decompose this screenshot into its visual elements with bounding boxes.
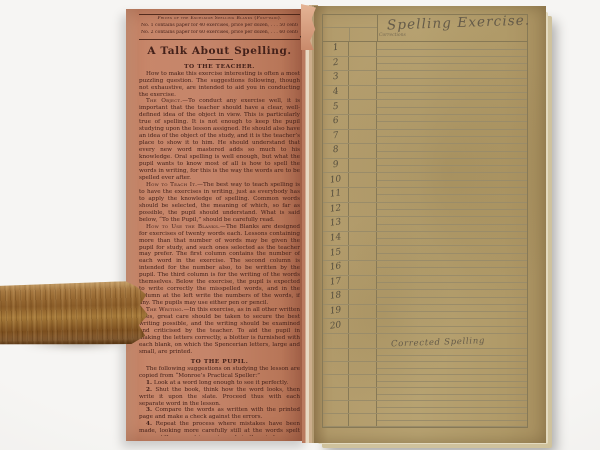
paragraph: How to make this exercise interesting is…	[139, 71, 300, 99]
writing-cell	[377, 401, 527, 413]
pupil-number-cell	[349, 276, 377, 290]
row-number-cell	[323, 414, 349, 426]
row-number-cell: 8	[323, 144, 349, 158]
pupil-number-cell	[349, 203, 377, 217]
exercise-row: 20	[323, 319, 527, 334]
pupil-number-cell	[349, 388, 377, 400]
exercise-row: 1	[323, 42, 527, 57]
writing-cell	[377, 115, 527, 129]
paragraph-lead: How to Teach It.—	[146, 182, 203, 188]
row-number: 17	[329, 277, 342, 288]
row-number-cell	[323, 362, 349, 374]
writing-cell	[377, 130, 527, 144]
row-number: 16	[329, 262, 342, 273]
row-number-cell	[323, 349, 349, 361]
row-number: 4	[332, 88, 339, 98]
pupil-heading: TO THE PUPIL.	[139, 358, 300, 365]
exercise-row: 12	[323, 203, 527, 218]
teacher-heading: TO THE TEACHER.	[139, 63, 300, 70]
notice-line: Prices of the Excelsior Spelling Blanks …	[141, 16, 298, 23]
writing-cell	[377, 362, 527, 374]
right-page: Spelling Exercise. Corrections 123456789…	[314, 6, 546, 443]
pupil-number-cell	[349, 362, 377, 374]
writing-cell	[377, 349, 527, 361]
writing-cell	[377, 414, 527, 426]
pupil-number-cell	[349, 100, 377, 114]
blank-row	[323, 388, 527, 401]
row-number-cell: 14	[323, 232, 349, 246]
row-number: 14	[329, 233, 342, 244]
title-sub-label: Corrections	[379, 33, 406, 38]
blank-row	[323, 414, 527, 427]
exercise-row: 18	[323, 290, 527, 305]
writing-cell	[377, 188, 527, 202]
blank-rows	[323, 349, 527, 427]
writing-cell	[377, 305, 527, 319]
table-cell: Corrected Spelling	[377, 334, 527, 348]
exercise-row: 4	[323, 86, 527, 101]
table-cell	[323, 334, 349, 348]
exercise-row: 15	[323, 246, 527, 261]
corrected-spelling-row: Corrected Spelling	[323, 334, 527, 349]
pupil-number-cell	[349, 319, 377, 333]
writing-cell	[377, 276, 527, 290]
item-number: 3.	[146, 407, 155, 413]
pupil-items: 1. Look at a word long enough to see it …	[139, 380, 300, 436]
paragraph-lead: The Object.—	[146, 98, 188, 104]
row-number: 20	[329, 321, 342, 332]
pupil-number-cell	[349, 217, 377, 231]
header-cell-divider	[323, 27, 377, 28]
item-number: 1.	[146, 380, 154, 386]
writing-cell	[377, 319, 527, 333]
header-left-cells	[323, 15, 378, 41]
row-number-cell: 15	[323, 246, 349, 260]
writing-cell	[377, 246, 527, 260]
pupil-number-cell	[349, 42, 377, 56]
exercise-row: 10	[323, 173, 527, 188]
pupil-number-cell	[349, 375, 377, 387]
writing-cell	[377, 388, 527, 400]
row-number: 13	[329, 219, 342, 230]
row-number-cell	[323, 401, 349, 413]
item-number: 2.	[146, 387, 155, 393]
writing-cell	[377, 217, 527, 231]
row-number-cell: 1	[323, 42, 349, 56]
paragraph-lead: How to Use the Blanks.—	[146, 224, 226, 230]
row-number: 15	[329, 248, 342, 259]
row-number-cell: 3	[323, 71, 349, 85]
pupil-number-cell	[349, 57, 377, 71]
writing-cell	[377, 261, 527, 275]
exercise-row: 14	[323, 232, 527, 247]
row-number-cell: 9	[323, 159, 349, 173]
pupil-number-cell	[349, 188, 377, 202]
row-number: 7	[332, 132, 339, 142]
row-number: 10	[329, 175, 342, 186]
row-number: 3	[332, 73, 339, 83]
row-number: 5	[332, 102, 339, 112]
row-number-cell: 7	[323, 130, 349, 144]
row-number: 2	[332, 59, 339, 69]
pupil-number-cell	[349, 414, 377, 426]
paragraph: The Writing.—In this exercise, as in all…	[139, 307, 300, 356]
blank-row	[323, 349, 527, 362]
row-number: 6	[332, 117, 339, 127]
notice-line: No. 2 contains paper for 60 exercises, p…	[141, 30, 298, 37]
pupil-number-cell	[349, 173, 377, 187]
writing-cell	[377, 71, 527, 85]
row-number-cell: 20	[323, 319, 349, 333]
item-number: 4.	[146, 421, 156, 427]
left-page-content: Prices of the Excelsior Spelling Blanks …	[139, 14, 300, 436]
row-number-cell: 16	[323, 261, 349, 275]
row-number: 8	[332, 146, 339, 156]
pupil-number-cell	[349, 86, 377, 100]
row-number: 19	[329, 306, 342, 317]
pupil-item: 1. Look at a word long enough to see it …	[139, 380, 300, 387]
table-cell	[349, 334, 377, 348]
pupil-number-cell	[349, 290, 377, 304]
exercise-row: 8	[323, 144, 527, 159]
row-number-cell: 13	[323, 217, 349, 231]
row-number-cell: 5	[323, 100, 349, 114]
pupil-number-cell	[349, 130, 377, 144]
row-number-cell: 10	[323, 173, 349, 187]
exercise-row: 7	[323, 130, 527, 145]
exercise-title: Spelling Exercise.	[387, 13, 531, 34]
pupil-number-cell	[349, 401, 377, 413]
pupil-intro: The following suggestions on studying th…	[139, 366, 300, 380]
pupil-number-cell	[349, 349, 377, 361]
exercise-row: 16	[323, 261, 527, 276]
pupil-number-cell	[349, 305, 377, 319]
table-header: Spelling Exercise. Corrections	[323, 15, 527, 42]
row-number-cell: 12	[323, 203, 349, 217]
wooden-stick	[0, 281, 148, 346]
blank-row	[323, 362, 527, 375]
row-number-cell: 11	[323, 188, 349, 202]
paragraph: The Object.—To conduct any exercise well…	[139, 98, 300, 181]
blank-row	[323, 401, 527, 414]
exercise-rows: 1234567891011121314151617181920	[323, 42, 527, 334]
row-number-cell: 18	[323, 290, 349, 304]
pupil-number-cell	[349, 246, 377, 260]
exercise-row: 11	[323, 188, 527, 203]
notice-line: No. 1 contains paper for 40 exercises, p…	[141, 23, 298, 30]
row-number-cell: 4	[323, 86, 349, 100]
left-page: Prices of the Excelsior Spelling Blanks …	[126, 9, 308, 441]
row-number: 1	[332, 44, 339, 54]
row-number: 18	[329, 292, 342, 303]
exercise-row: 6	[323, 115, 527, 130]
row-number-cell: 17	[323, 276, 349, 290]
writing-cell	[377, 203, 527, 217]
header-column-divider	[349, 27, 350, 41]
pupil-item: 4. Repeat the process where mistakes hav…	[139, 421, 300, 436]
pupil-number-cell	[349, 261, 377, 275]
title-divider	[207, 59, 233, 60]
exercise-row: 5	[323, 100, 527, 115]
exercise-table: Spelling Exercise. Corrections 123456789…	[322, 14, 528, 428]
row-number-cell: 2	[323, 57, 349, 71]
notice-box: Prices of the Excelsior Spelling Blanks …	[139, 14, 300, 40]
row-number-cell	[323, 375, 349, 387]
exercise-row: 13	[323, 217, 527, 232]
row-number: 11	[329, 189, 342, 200]
writing-cell	[377, 86, 527, 100]
writing-cell	[377, 100, 527, 114]
pupil-number-cell	[349, 159, 377, 173]
writing-cell	[377, 290, 527, 304]
pupil-number-cell	[349, 144, 377, 158]
pupil-item: 3. Compare the words as written with the…	[139, 407, 300, 421]
writing-cell	[377, 42, 527, 56]
pupil-item: 2. Shut the book, think how the word loo…	[139, 387, 300, 408]
writing-cell	[377, 232, 527, 246]
corrected-spelling-label: Corrected Spelling	[391, 335, 527, 350]
writing-cell	[377, 144, 527, 158]
teacher-paragraphs: How to make this exercise interesting is…	[139, 71, 300, 356]
pupil-number-cell	[349, 71, 377, 85]
writing-cell	[377, 375, 527, 387]
row-number-cell: 19	[323, 305, 349, 319]
pupil-number-cell	[349, 115, 377, 129]
exercise-row: 9	[323, 159, 527, 174]
row-number: 12	[329, 204, 342, 215]
page-title: A Talk About Spelling.	[139, 45, 300, 57]
row-number-cell: 6	[323, 115, 349, 129]
paragraph-lead: The Writing.—	[146, 307, 190, 313]
pupil-number-cell	[349, 232, 377, 246]
writing-cell	[377, 159, 527, 173]
exercise-row: 2	[323, 57, 527, 72]
paragraph: How to Teach It.—The best way to teach s…	[139, 182, 300, 224]
exercise-row: 17	[323, 276, 527, 291]
exercise-row: 19	[323, 305, 527, 320]
row-number-cell	[323, 388, 349, 400]
writing-cell	[377, 57, 527, 71]
photo-background: Prices of the Excelsior Spelling Blanks …	[0, 0, 600, 450]
writing-cell	[377, 173, 527, 187]
exercise-row: 3	[323, 71, 527, 86]
row-number: 9	[332, 161, 339, 171]
blank-row	[323, 375, 527, 388]
paragraph: How to Use the Blanks.—The Blanks are de…	[139, 224, 300, 307]
